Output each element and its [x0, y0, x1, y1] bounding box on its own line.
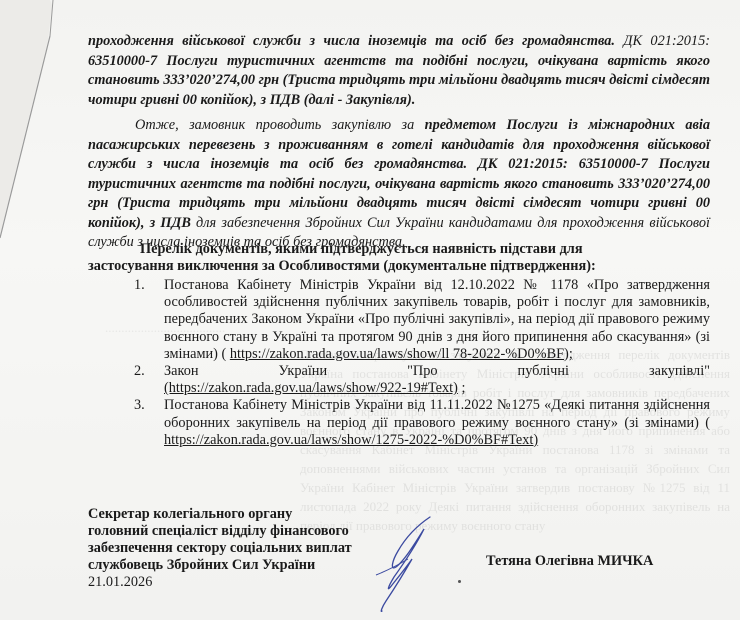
handwritten-signature-icon: [368, 515, 438, 615]
law-link[interactable]: https://zakon.rada.gov.ua/laws/show/ll 7…: [230, 346, 573, 362]
paragraph-text: 63510000-7 Послуги туристичних агентств …: [88, 53, 710, 108]
documents-list-heading: Перелік документів, якими підтверджуєтьс…: [88, 241, 710, 275]
paragraph-text: предметом Послуги із міжнародних авіа па…: [88, 117, 710, 231]
list-item-text: Закон України "Про публічні закупівлі": [164, 363, 710, 379]
law-link[interactable]: https://zakon.rada.gov.ua/laws/show/1275…: [164, 432, 538, 448]
paragraph-text: проходження військової служби з числа ін…: [88, 33, 615, 49]
document-page: ........................................…: [0, 0, 740, 620]
paragraph-procurement-subject: проходження військової служби з числа ін…: [88, 32, 710, 110]
law-link[interactable]: (https://zakon.rada.gov.ua/laws/show/922…: [164, 380, 458, 396]
paragraph-conclusion: Отже, замовник проводить закупівлю за пр…: [88, 116, 710, 253]
list-item-number: 2.: [134, 363, 145, 380]
list-item-text: Постанова Кабінету Міністрів України від…: [164, 397, 710, 430]
list-item: 3. Постанова Кабінету Міністрів України …: [88, 397, 710, 449]
ink-dot: [458, 580, 461, 583]
heading-line: застосування виключення за Особливостями…: [88, 258, 596, 274]
paragraph-text: Отже, замовник проводить закупівлю за: [135, 117, 425, 133]
signature-date: 21.01.2026: [88, 574, 152, 590]
documents-list: 1. Постанова Кабінету Міністрів України …: [88, 277, 710, 449]
list-item: 1. Постанова Кабінету Міністрів України …: [88, 277, 710, 363]
signer-name: Тетяна Олегівна МИЧКА: [486, 553, 653, 570]
heading-line: Перелік документів, якими підтверджуєтьс…: [88, 241, 710, 258]
list-item: 2. Закон України "Про публічні закупівлі…: [88, 363, 710, 397]
list-item-number: 1.: [134, 277, 145, 294]
paragraph-text: ДК 021:2015:: [615, 33, 710, 49]
list-item-number: 3.: [134, 397, 145, 414]
